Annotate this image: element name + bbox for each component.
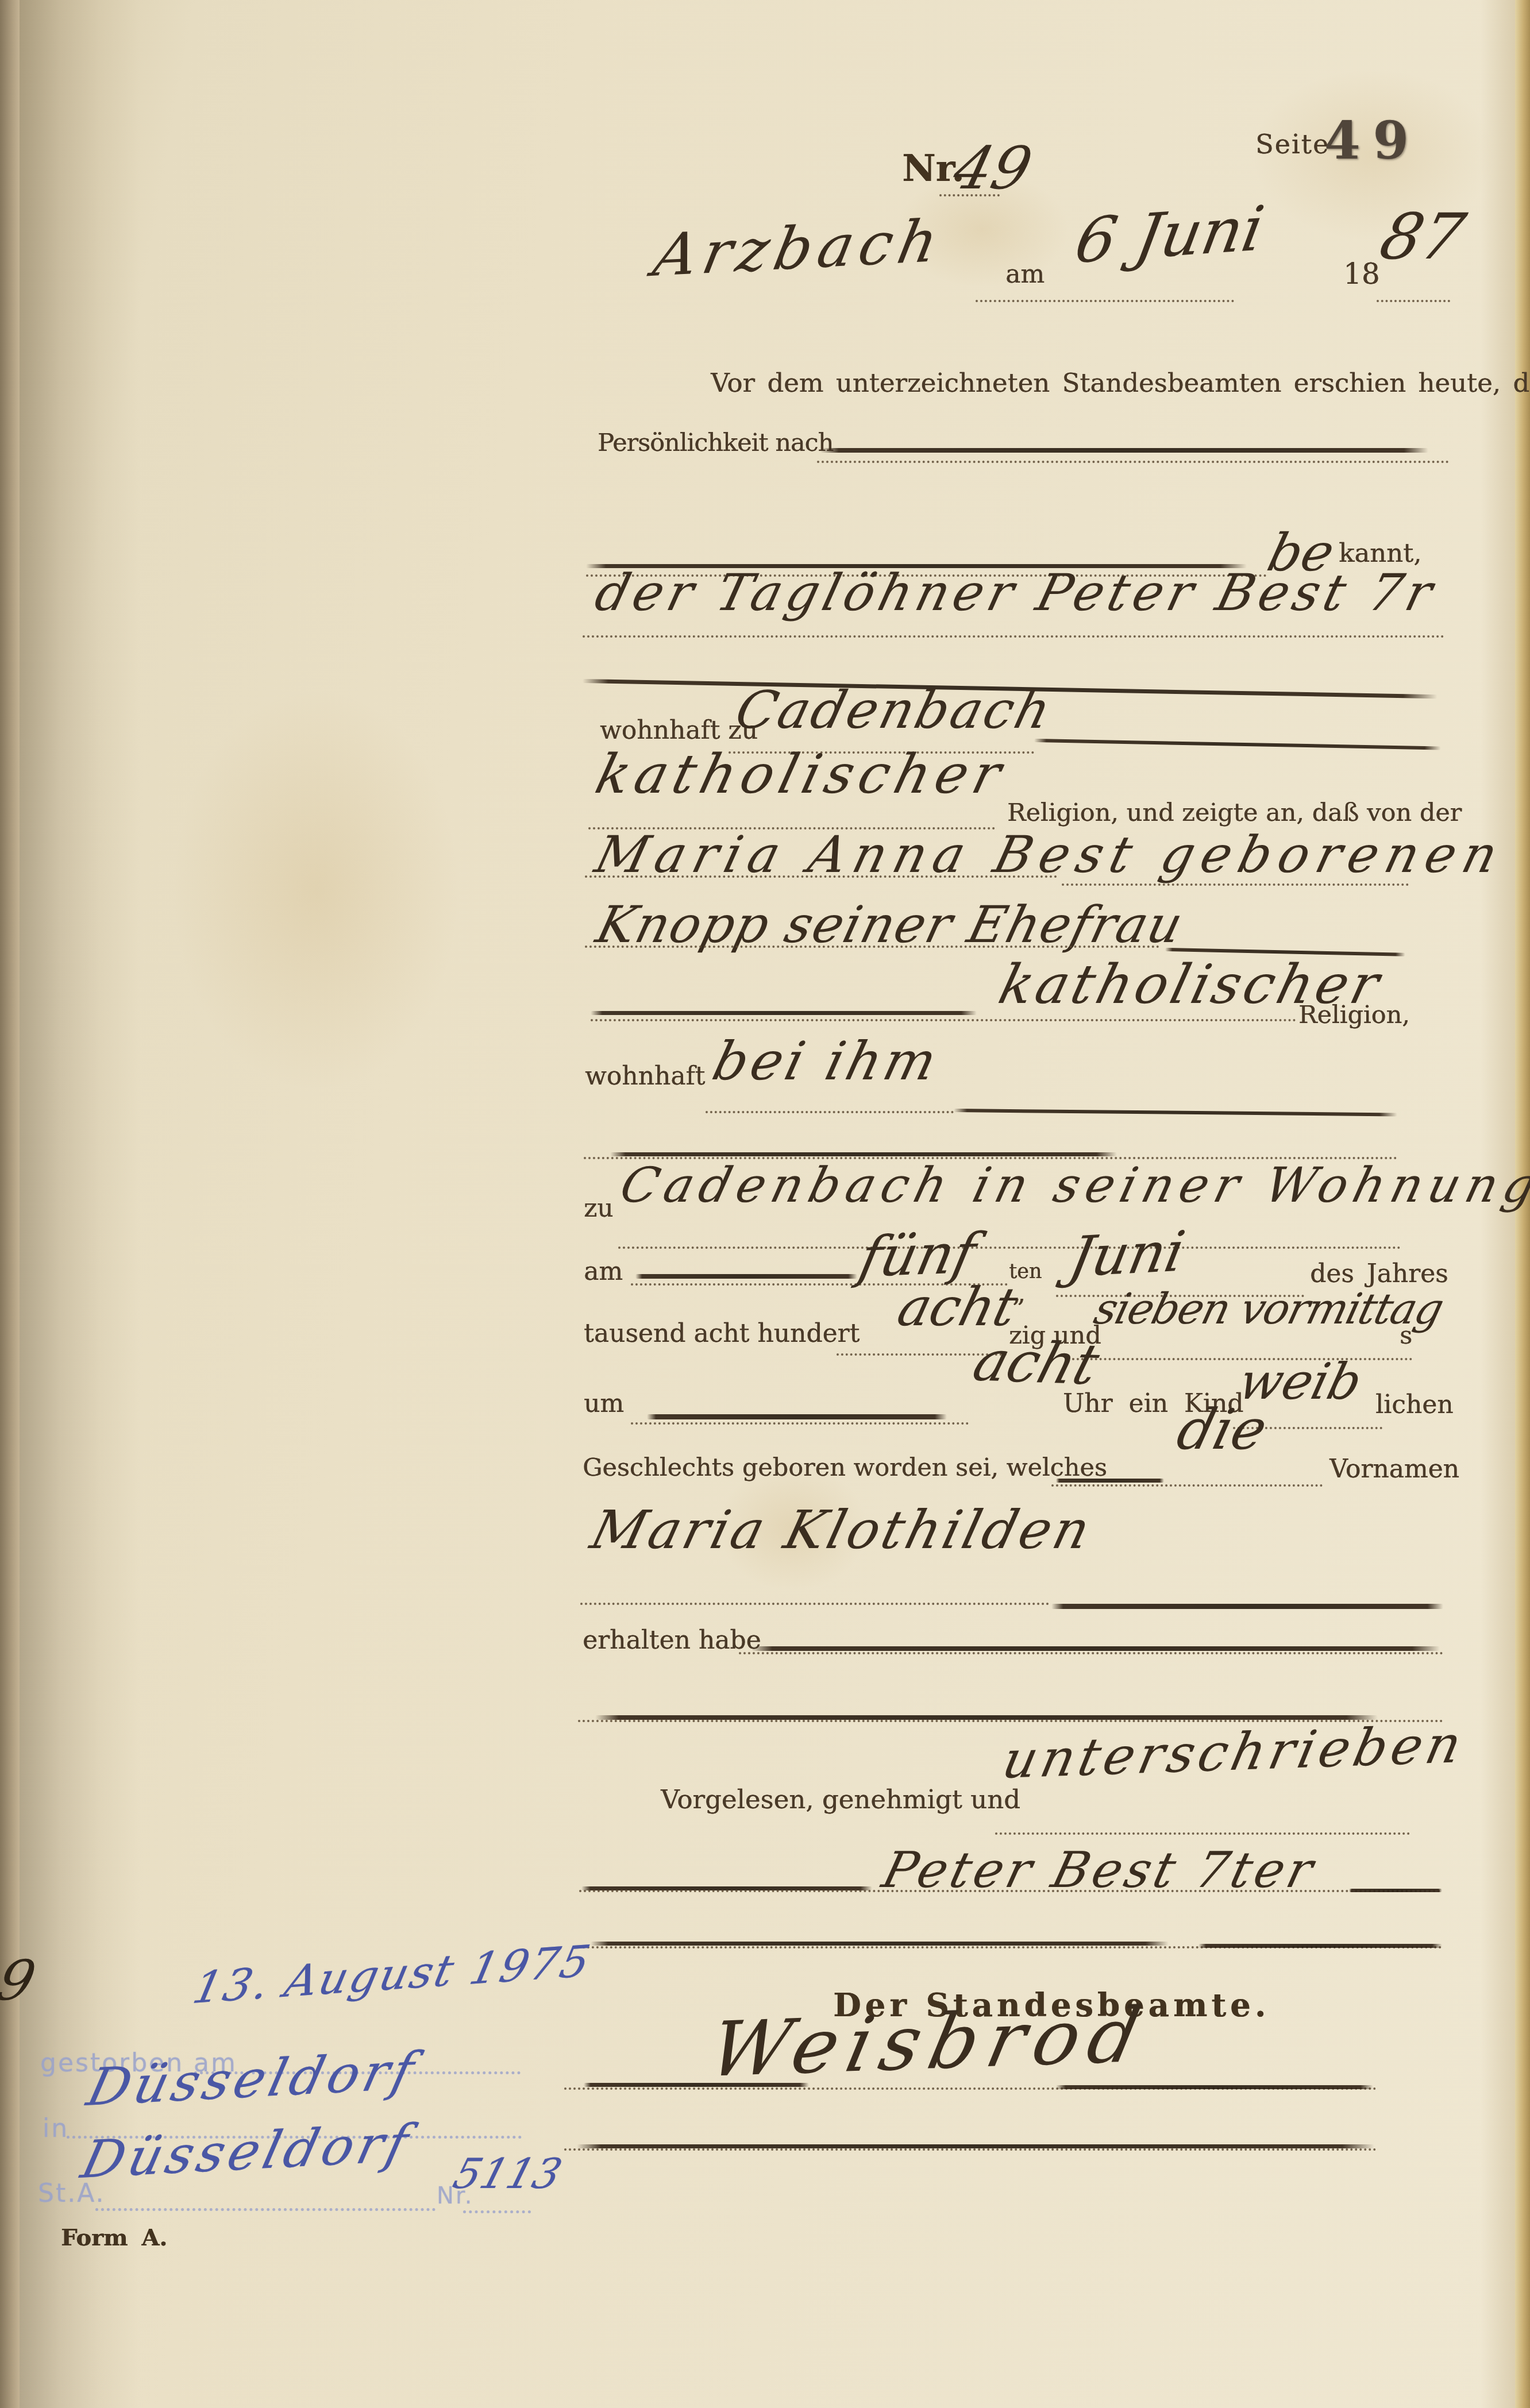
dotted-line <box>585 875 1057 878</box>
residence-place: Cadenbach <box>730 680 1059 740</box>
birth-place: Cadenbach in seiner Wohnung <box>615 1157 1530 1213</box>
geschlechts-label: Geschlechts geboren worden sei, welches <box>583 1453 1107 1482</box>
stamp-nr-label: Nr. <box>437 2183 473 2209</box>
birth-month: Juni <box>1064 1219 1190 1290</box>
year-rest: sieben vormittag <box>1089 1284 1448 1334</box>
declarant-name: der Taglöhner Peter Best 7r <box>589 563 1443 622</box>
dotted-line <box>995 1832 1410 1835</box>
ink-strike-line <box>591 1942 1169 1946</box>
dotted-line <box>706 1111 954 1113</box>
child-name: Maria Klothilden <box>585 1499 1099 1561</box>
vorgelesen-label: Vorgelesen, genehmigt und <box>661 1784 1020 1815</box>
die-handwritten: die <box>1171 1397 1274 1462</box>
ink-strike-line <box>1034 739 1441 750</box>
erhalten-label: erhalten habe <box>583 1626 761 1655</box>
ink-strike-line <box>1051 1604 1443 1609</box>
ink-strike-line <box>1349 1889 1442 1892</box>
dotted-line <box>618 1247 1401 1249</box>
mother-residence: bei ihm <box>707 1031 946 1092</box>
dotted-line <box>585 946 1159 948</box>
stamp-in-label: in <box>43 2114 69 2143</box>
dotted-line <box>580 1603 1049 1605</box>
form-label: Form A. <box>61 2224 167 2251</box>
stamp-dotted-line <box>95 2208 436 2211</box>
dotted-line <box>739 1652 1443 1654</box>
dotted-line <box>631 1422 969 1425</box>
ink-strike-line <box>584 2083 809 2087</box>
um-label: um <box>584 1389 624 1418</box>
tausend-label: tausend acht hundert <box>584 1319 860 1348</box>
stamp-death-date: 13. August 1975 <box>188 1935 596 2013</box>
page-number-label: Seite <box>1255 129 1329 160</box>
ink-strike-line <box>577 2144 1374 2148</box>
ink-strike-line <box>751 1646 1440 1651</box>
dotted-line <box>1051 1484 1323 1487</box>
dotted-line <box>1377 300 1450 302</box>
stamp-sta-label: St.A. <box>38 2179 105 2208</box>
page-left-edge <box>0 0 20 2408</box>
dotted-line <box>583 635 1444 638</box>
ink-strike-line <box>647 1414 947 1419</box>
unterschrieben-handwritten: unterschrieben <box>997 1714 1471 1790</box>
dotted-line <box>579 1890 1441 1892</box>
vornamen-label: Vornamen <box>1329 1454 1459 1484</box>
wohnhaft2-label: wohnhaft <box>585 1062 705 1091</box>
page-left-shadow <box>20 0 140 2408</box>
record-date: 6 Juni <box>1070 193 1269 277</box>
ink-strike-line <box>1056 2085 1373 2089</box>
ink-strike-line <box>954 1109 1397 1116</box>
ink-strike-line <box>610 1152 1117 1156</box>
am-label: am <box>1005 260 1045 289</box>
record-place: Arzbach <box>648 207 949 290</box>
ink-strike-line <box>1056 1479 1164 1483</box>
paper-stain <box>172 689 460 1091</box>
birth-am-label: am <box>584 1257 623 1286</box>
ink-strike-line <box>591 1011 977 1015</box>
persoenlichkeit-label: Persönlichkeit nach <box>598 429 833 457</box>
lichen-label: lichen <box>1375 1390 1454 1419</box>
dotted-line <box>564 2148 1377 2151</box>
birth-hour: acht <box>966 1328 1107 1397</box>
dotted-line <box>817 461 1449 463</box>
religion-zeigte-label: Religion, und zeigte an, daß von der <box>1007 798 1462 827</box>
ink-strike-line <box>1198 1944 1442 1948</box>
s-suffix-label: s <box>1400 1321 1412 1350</box>
ink-strike-line <box>820 448 1428 453</box>
declarant-religion: katholischer <box>589 743 1013 806</box>
religion2-label: Religion, <box>1298 1001 1410 1029</box>
dotted-line <box>939 194 1000 196</box>
dotted-line <box>1062 883 1409 886</box>
stamp-dotted-line <box>463 2210 531 2213</box>
document-page: Seite 49 Nr. 49 Arzbach am 6 Juni 18 87 … <box>0 0 1530 2408</box>
ink-strike-line <box>595 1715 1378 1720</box>
page-number-stamp: 49 <box>1324 110 1421 171</box>
ink-strike-line <box>635 1274 857 1279</box>
intro-line: Vor dem unterzeichneten Standesbeamten e… <box>711 368 1530 398</box>
zu-label: zu <box>584 1194 614 1223</box>
official-signature: Weisbrod <box>702 1991 1157 2094</box>
dotted-line <box>976 300 1234 302</box>
dotted-line <box>591 1019 1296 1021</box>
year-printed: 18 <box>1343 257 1380 291</box>
